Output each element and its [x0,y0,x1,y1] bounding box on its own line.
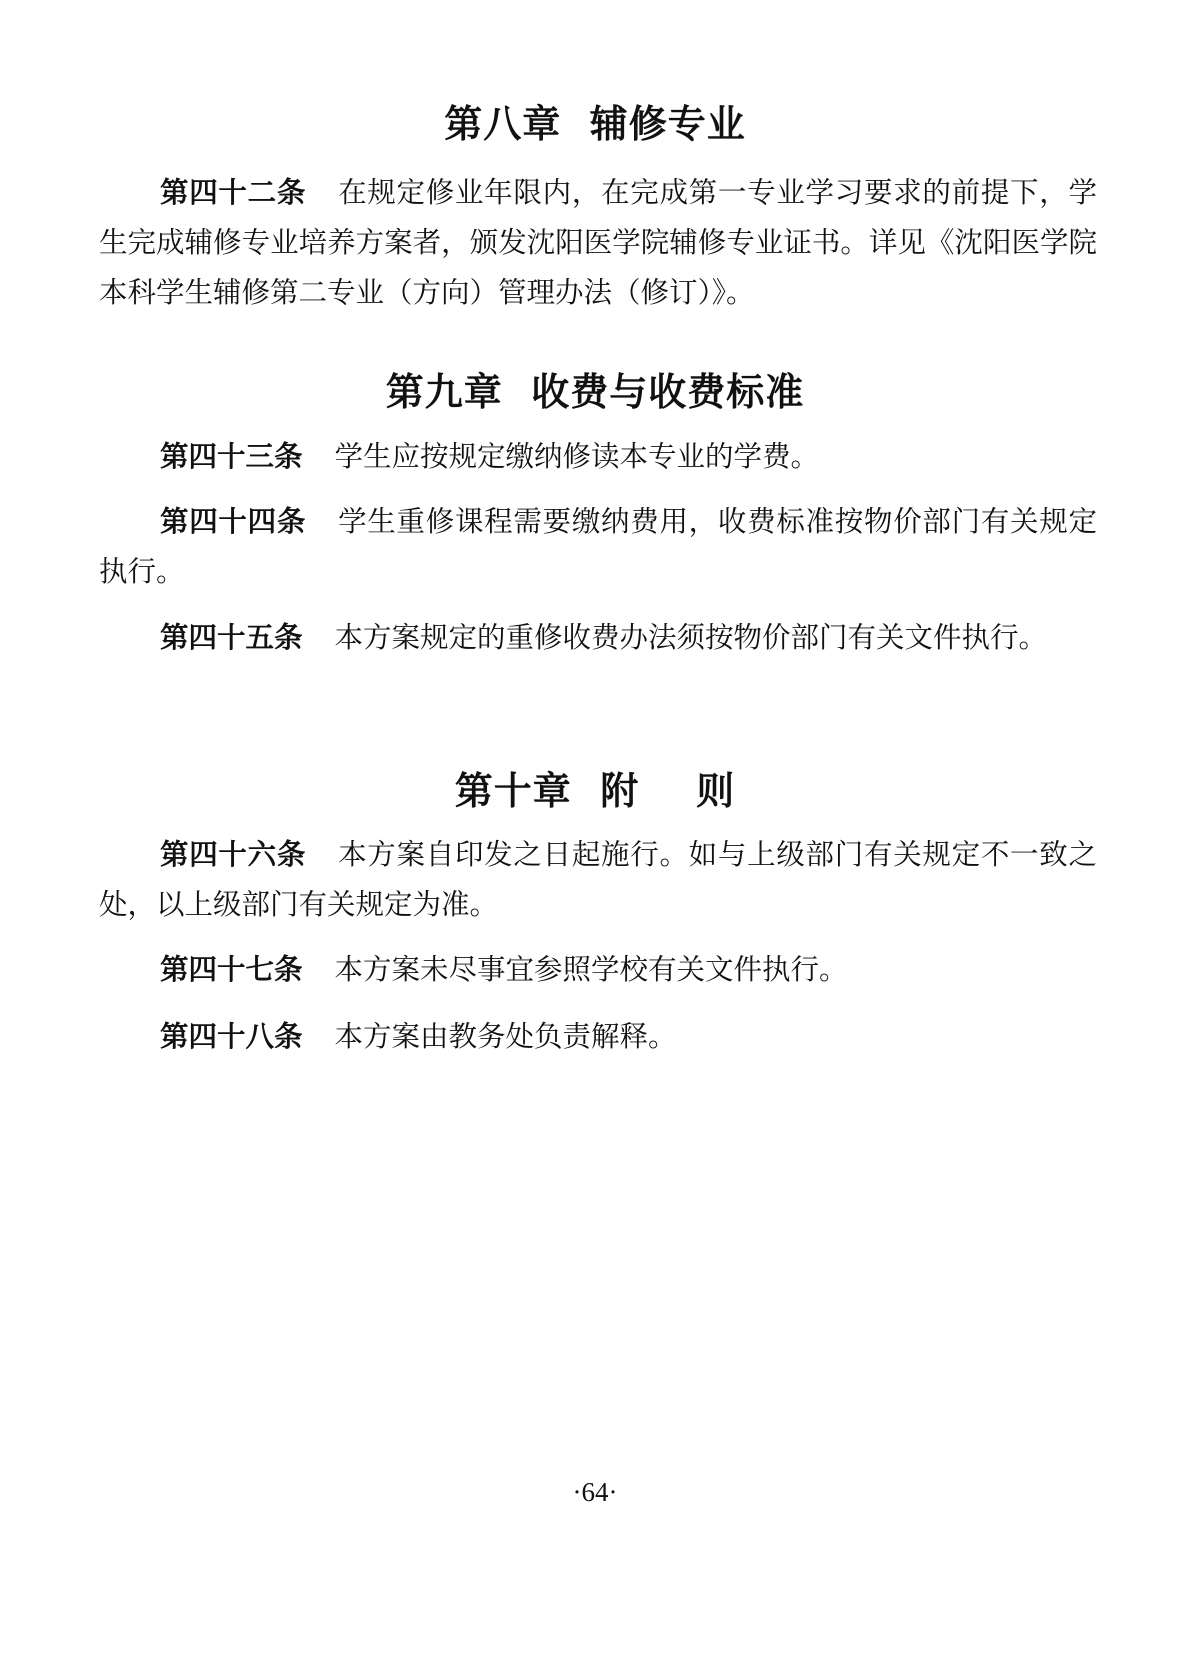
article-text: 本方案未尽事宜参照学校有关文件执行。 [335,953,848,986]
article-42: 第四十二条在规定修业年限内，在完成第一专业学习要求的前提下，学生完成辅修专业培养… [99,168,1097,318]
page-number: ·64· [0,1476,1190,1508]
document-page: 第八章 辅修专业 第四十二条在规定修业年限内，在完成第一专业学习要求的前提下，学… [0,0,1190,1670]
chapter-8-title: 第八章 辅修专业 [0,100,1190,148]
article-45: 第四十五条本方案规定的重修收费办法须按物价部门有关文件执行。 [99,613,1097,663]
article-46: 第四十六条本方案自印发之日起施行。如与上级部门有关规定不一致之处，以上级部门有关… [99,830,1097,930]
article-47: 第四十七条本方案未尽事宜参照学校有关文件执行。 [99,945,1097,995]
chapter-9-title: 第九章 收费与收费标准 [0,368,1190,416]
article-number: 第四十三条 [160,440,303,473]
article-43: 第四十三条学生应按规定缴纳修读本专业的学费。 [99,432,1097,482]
article-number: 第四十四条 [160,505,306,538]
article-text: 本方案由教务处负责解释。 [335,1020,677,1053]
chapter-10-title: 第十章 附 则 [0,767,1190,815]
article-text: 学生应按规定缴纳修读本专业的学费。 [335,440,820,473]
article-text: 本方案规定的重修收费办法须按物价部门有关文件执行。 [335,621,1048,654]
article-number: 第四十二条 [160,176,306,209]
article-number: 第四十八条 [160,1020,303,1053]
article-48: 第四十八条本方案由教务处负责解释。 [99,1012,1097,1062]
article-number: 第四十五条 [160,621,303,654]
article-44: 第四十四条学生重修课程需要缴纳费用，收费标准按物价部门有关规定执行。 [99,497,1097,597]
article-number: 第四十七条 [160,953,303,986]
article-number: 第四十六条 [160,838,306,871]
